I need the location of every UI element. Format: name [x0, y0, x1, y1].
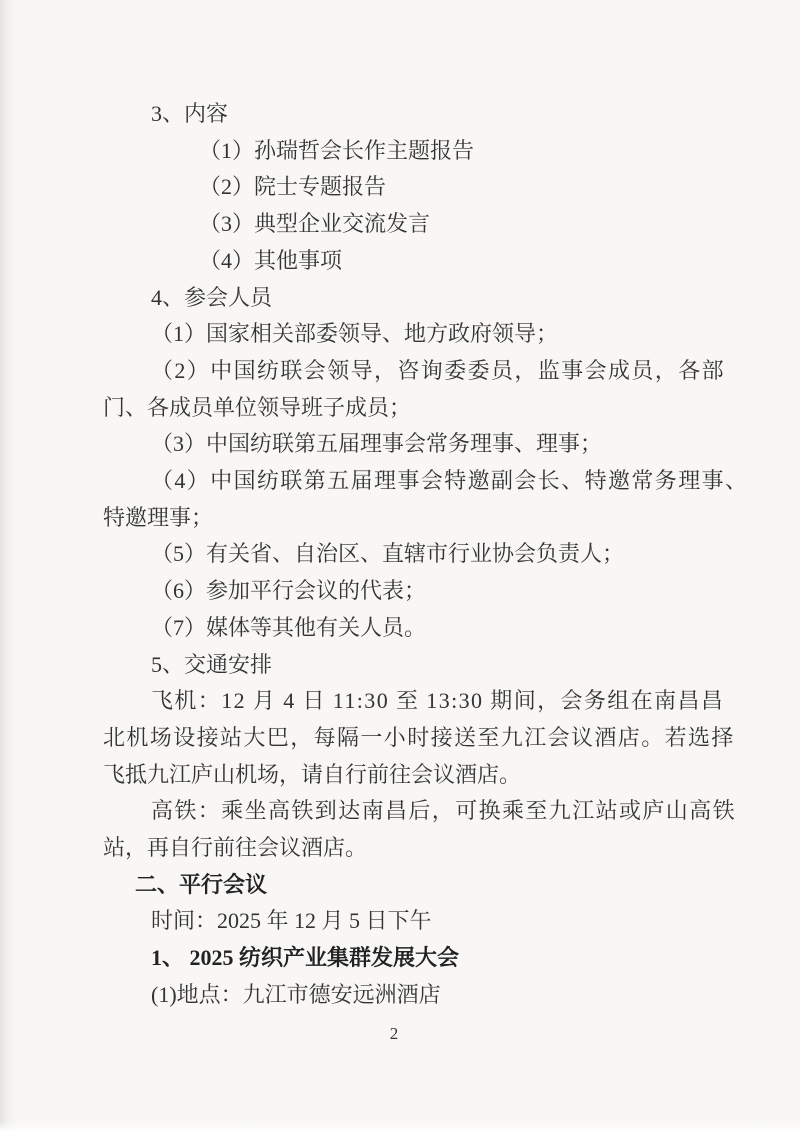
attendee-item-4-line-2: 特邀理事； [103, 500, 763, 537]
attendee-item-2-line-1: （2）中国纺联会领导，咨询委委员，监事会成员，各部 [103, 353, 763, 390]
content-item-4: （4）其他事项 [103, 243, 763, 280]
content-item-1: （1）孙瑞哲会长作主题报告 [103, 133, 763, 170]
attendee-item-3: （3）中国纺联第五届理事会常务理事、理事； [103, 426, 763, 463]
heading-section-4-attendees: 4、参会人员 [103, 280, 763, 317]
heading-section-3-content: 3、内容 [103, 96, 763, 133]
transport-flight-line-1: 飞机：12 月 4 日 11:30 至 13:30 期间，会务组在南昌昌 [103, 683, 763, 720]
transport-train-line-1: 高铁：乘坐高铁到达南昌后，可换乘至九江站或庐山高铁 [103, 793, 763, 830]
heading-section-5-transport: 5、交通安排 [103, 647, 763, 684]
attendee-item-7: （7）媒体等其他有关人员。 [103, 610, 763, 647]
transport-flight-line-3: 飞抵九江庐山机场，请自行前往会议酒店。 [103, 757, 763, 794]
parallel-meeting-1-location: (1)地点：九江市德安远洲酒店 [103, 977, 763, 1014]
parallel-meeting-time: 时间：2025 年 12 月 5 日下午 [103, 903, 763, 940]
scan-shadow-bottom [0, 1121, 800, 1131]
scan-shadow-left [0, 0, 16, 1131]
attendee-item-5: （5）有关省、自治区、直辖市行业协会负责人； [103, 536, 763, 573]
heading-part-2-parallel-meetings: 二、平行会议 [103, 867, 763, 904]
transport-flight-line-2: 北机场设接站大巴，每隔一小时接送至九江会议酒店。若选择 [103, 720, 763, 757]
content-item-3: （3）典型企业交流发言 [103, 206, 763, 243]
transport-train-line-2: 站，再自行前往会议酒店。 [103, 830, 763, 867]
page-number: 2 [0, 1024, 788, 1044]
content-item-2: （2）院士专题报告 [103, 169, 763, 206]
attendee-item-2-line-2: 门、各成员单位领导班子成员； [103, 390, 763, 427]
attendee-item-1: （1）国家相关部委领导、地方政府领导； [103, 316, 763, 353]
heading-parallel-meeting-1: 1、 2025 纺织产业集群发展大会 [103, 940, 763, 977]
document-body: 3、内容 （1）孙瑞哲会长作主题报告 （2）院士专题报告 （3）典型企业交流发言… [103, 96, 763, 1014]
attendee-item-6: （6）参加平行会议的代表； [103, 573, 763, 610]
attendee-item-4-line-1: （4）中国纺联第五届理事会特邀副会长、特邀常务理事、 [103, 463, 763, 500]
